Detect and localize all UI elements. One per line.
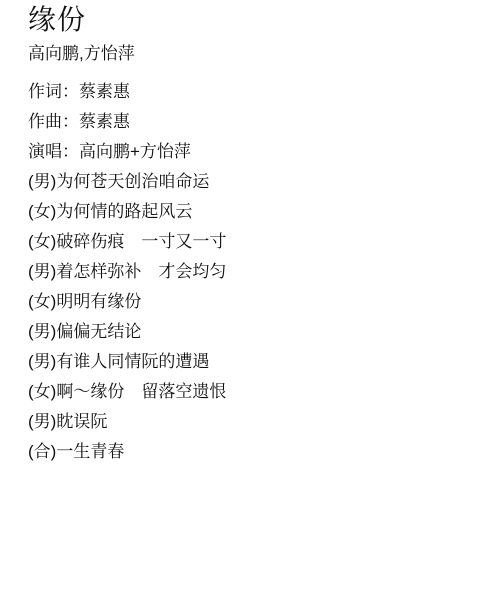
credit-line-performers: 演唱：高向鹏+方怡萍	[28, 137, 480, 167]
lyrics-page: 缘份 高向鹏,方怡萍 作词：蔡素惠 作曲：蔡素惠 演唱：高向鹏+方怡萍 (男)为…	[0, 0, 500, 610]
song-title: 缘份	[28, 4, 480, 36]
lyric-line: (男)眈误阮	[28, 407, 480, 437]
credit-line-lyricist: 作词：蔡素惠	[28, 77, 480, 107]
lyric-line: (合)一生青春	[28, 437, 480, 467]
song-artists: 高向鹏,方怡萍	[28, 44, 480, 64]
lyrics-block: 作词：蔡素惠 作曲：蔡素惠 演唱：高向鹏+方怡萍 (男)为何苍天创治咱命运 (女…	[28, 77, 480, 467]
lyric-line: (男)有谁人同情阮的遭遇	[28, 347, 480, 377]
lyric-line: (女)为何情的路起风云	[28, 197, 480, 227]
lyric-line: (女)啊～缘份 留落空遗恨	[28, 377, 480, 407]
lyric-line: (女)破碎伤痕 一寸又一寸	[28, 227, 480, 257]
credit-line-composer: 作曲：蔡素惠	[28, 107, 480, 137]
lyric-line: (女)明明有缘份	[28, 287, 480, 317]
lyric-line: (男)着怎样弥补 才会均匀	[28, 257, 480, 287]
lyric-line: (男)偏偏无结论	[28, 317, 480, 347]
lyric-line: (男)为何苍天创治咱命运	[28, 167, 480, 197]
